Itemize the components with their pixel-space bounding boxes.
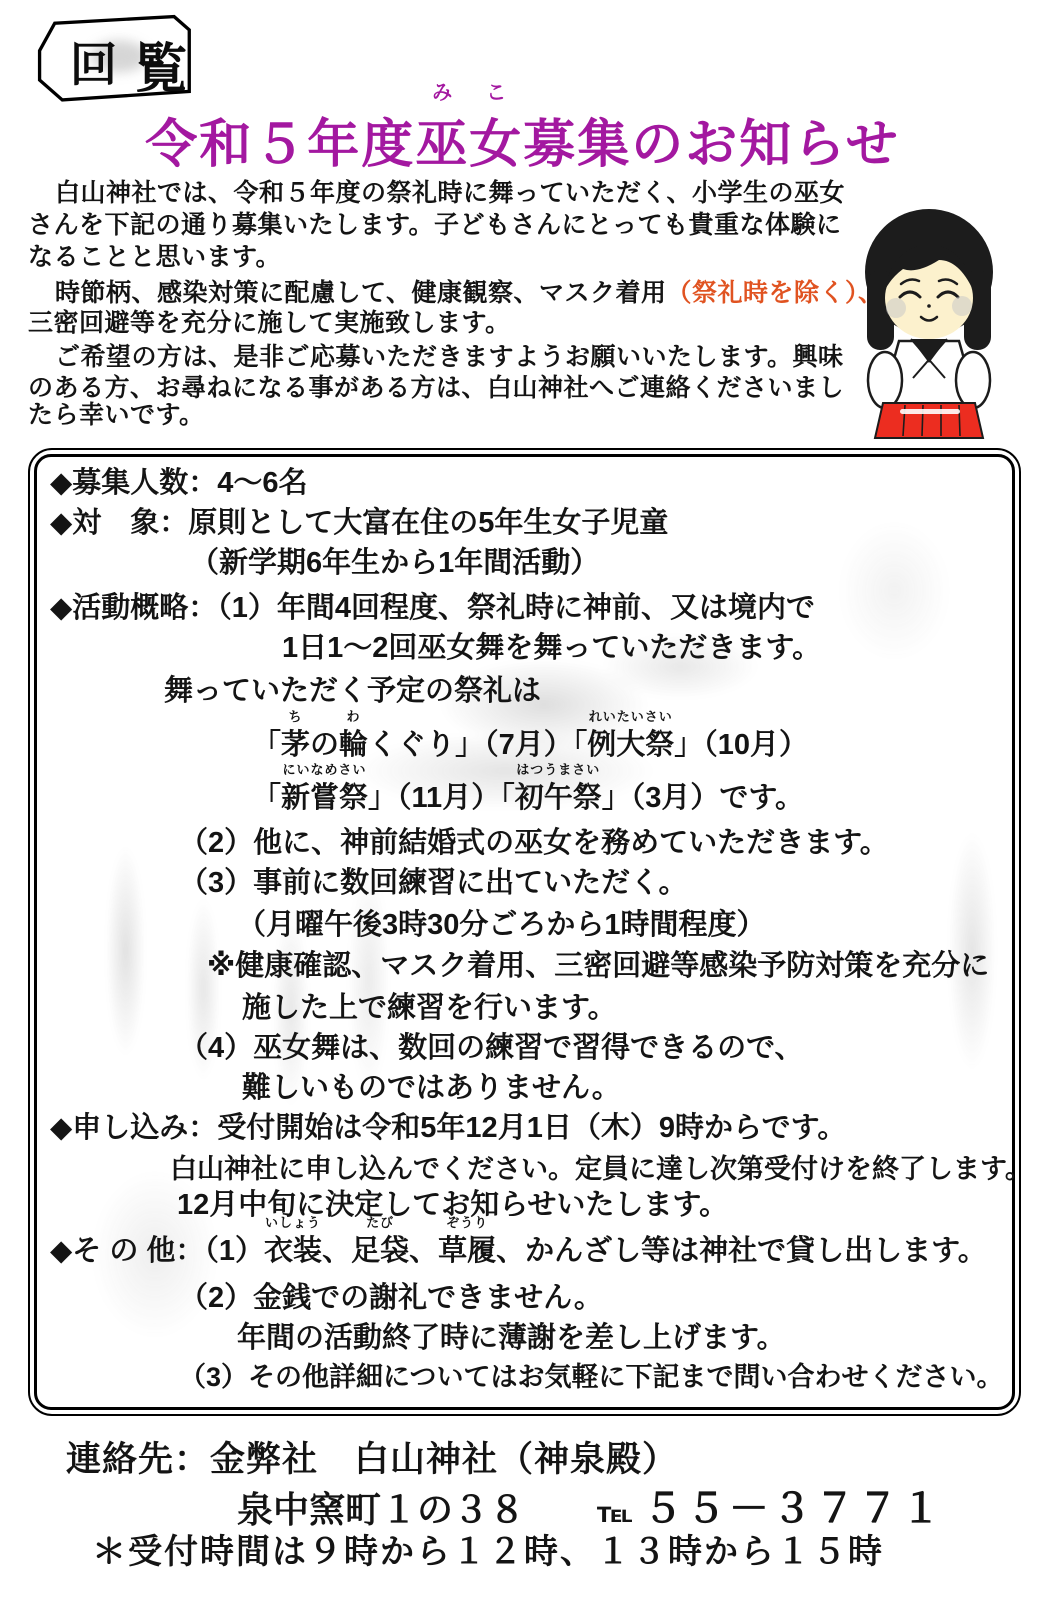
- text-line: （3）事前に数回練習に出ていただく。: [179, 860, 688, 901]
- text-segment: ◆そ の 他：（1）: [50, 1235, 264, 1267]
- text-segment: たら幸いです。: [28, 401, 205, 429]
- title-pre: 令和５年度: [145, 116, 415, 174]
- reception-hours-line: ＊受付時間は９時から１２時、１３時から１５時: [92, 1524, 884, 1573]
- text-line: （3）その他詳細についてはお気軽に下記まで問い合わせください。: [179, 1355, 1003, 1394]
- furigana: こ: [486, 76, 506, 105]
- miko-nose: [927, 304, 931, 308]
- text-line: なることと思います。: [28, 237, 281, 273]
- text-line: ◆そ の 他：（1）いしょう衣装、たび足袋、ぞうり草履、かんざし等は神社で貸し出…: [50, 1228, 987, 1269]
- ruby-annotated-text: わ輪: [339, 722, 368, 763]
- text-segment: 」（10月）: [674, 729, 808, 761]
- text-segment: 、: [409, 1235, 438, 1267]
- text-line: 「ち茅のわ輪くぐり」（7月）「れいたいさい例大祭」（10月）: [252, 722, 808, 763]
- text-segment: 、かんざし等は神社で貸し出します。: [496, 1235, 987, 1267]
- text-segment: （4）巫女舞は、数回の練習で習得できるので、: [179, 1032, 804, 1064]
- text-segment: （3）その他詳細についてはお気軽に下記まで問い合わせください。: [179, 1362, 1003, 1392]
- text-segment: ◆対 象：原則として大富在住の5年生女子児童: [50, 507, 668, 539]
- furigana: み: [432, 76, 452, 105]
- stamp-char-kai: 回: [70, 40, 117, 92]
- miko-blush-right: [952, 296, 972, 316]
- page-title: 令和５年度み巫こ女募集のお知らせ: [0, 102, 1045, 177]
- text-line: （2）金銭での謝礼できません。: [179, 1275, 603, 1316]
- miko-sleeve-right: [956, 352, 990, 408]
- text-line: （4）巫女舞は、数回の練習で習得できるので、: [179, 1025, 804, 1066]
- text-segment: 施した上で練習を行います。: [242, 992, 617, 1024]
- details-box: ◆募集人数：4～6名◆対 象：原則として大富在住の5年生女子児童（新学期6年生か…: [28, 448, 1021, 1416]
- text-line: 白山神社では、令和５年度の祭礼時に舞っていただく、小学生の巫女: [55, 173, 845, 209]
- text-segment: 舞っていただく予定の祭礼は: [164, 675, 541, 707]
- text-line: 舞っていただく予定の祭礼は: [164, 668, 541, 709]
- text-line: ※健康確認、マスク着用、三密回避等感染予防対策を充分に: [207, 943, 989, 984]
- miko-blush-left: [886, 298, 906, 318]
- text-segment: 「: [252, 729, 281, 761]
- text-segment: の: [310, 729, 339, 761]
- furigana: にいなめさい: [283, 759, 367, 778]
- contact-line: 連絡先：金弊社 白山神社（神泉殿）: [66, 1432, 678, 1482]
- stamp-char-ran: 覧: [134, 40, 187, 99]
- furigana: たび: [366, 1212, 394, 1231]
- text-line: ◆申し込み：受付開始は令和5年12月1日（木）9時からです。: [50, 1105, 846, 1146]
- text-segment: （月曜午後3時30分ごろから1時間程度）: [237, 909, 766, 941]
- text-line: （月曜午後3時30分ごろから1時間程度）: [237, 902, 766, 943]
- ruby-annotated-text: にいなめさい新嘗祭: [281, 775, 368, 816]
- text-line: （新学期6年生から1年間活動）: [190, 540, 599, 581]
- text-line: ◆活動概略：（1）年間4回程度、祭礼時に神前、又は境内で: [50, 585, 815, 626]
- text-segment: 、: [322, 1235, 351, 1267]
- ruby-annotated-text: はつうまさい初午祭: [515, 775, 602, 816]
- text-segment: 白山神社では、令和５年度の祭礼時に舞っていただく、小学生の巫女: [55, 179, 845, 207]
- kairan-stamp: 回 覧: [32, 10, 212, 116]
- furigana: ち: [289, 706, 303, 725]
- text-segment: （2）金銭での謝礼できません。: [179, 1282, 603, 1314]
- text-segment: 難しいものではありません。: [242, 1072, 621, 1104]
- text-line: ◆募集人数：4～6名: [50, 460, 308, 501]
- text-segment: ◆申し込み：受付開始は令和5年12月1日（木）9時からです。: [50, 1112, 846, 1144]
- text-line: ◆対 象：原則として大富在住の5年生女子児童: [50, 500, 668, 541]
- furigana: わ: [347, 706, 361, 725]
- text-segment: 年間の活動終了時に薄謝を差し上げます。: [237, 1322, 786, 1354]
- text-line: 三密回避等を充分に施して実施致します。: [28, 303, 511, 339]
- text-line: さんを下記の通り募集いたします。子どもさんにとっても貴重な体験に: [28, 205, 842, 241]
- miko-hakama: [875, 403, 983, 438]
- furigana: ぞうり: [446, 1212, 488, 1231]
- text-segment: さんを下記の通り募集いたします。子どもさんにとっても貴重な体験に: [28, 211, 842, 239]
- ruby-annotated-text: れいたいさい例大祭: [587, 722, 674, 763]
- ruby-annotated-text: こ女: [469, 102, 523, 177]
- text-segment: くぐり」（7月）「: [368, 729, 587, 761]
- ruby-annotated-text: いしょう衣装: [264, 1228, 322, 1269]
- flyer-page: 回 覧 令和５年度み巫こ女募集のお知らせ 白山神社では、令和５年度の祭礼時に舞っ…: [0, 0, 1045, 1601]
- furigana: れいたいさい: [589, 706, 673, 725]
- text-segment: 」（11月）「: [368, 782, 515, 814]
- miko-sleeve-left: [868, 352, 902, 408]
- text-line: 「にいなめさい新嘗祭」（11月）「はつうまさい初午祭」（3月）です。: [252, 775, 804, 816]
- text-segment: （3）事前に数回練習に出ていただく。: [179, 867, 688, 899]
- ruby-annotated-text: たび足袋: [351, 1228, 409, 1269]
- text-segment: 1日1～2回巫女舞を舞っていただきます。: [282, 632, 821, 664]
- text-line: 難しいものではありません。: [242, 1065, 621, 1106]
- text-line: 白山神社に申し込んでください。定員に達し次第受付けを終了します。: [170, 1147, 1032, 1186]
- ruby-annotated-text: み巫: [415, 102, 469, 177]
- text-segment: なることと思います。: [28, 243, 281, 271]
- text-line: 年間の活動終了時に薄謝を差し上げます。: [237, 1315, 786, 1356]
- text-segment: ◆活動概略：（1）年間4回程度、祭礼時に神前、又は境内で: [50, 592, 815, 624]
- text-segment: 三密回避等を充分に施して実施致します。: [28, 309, 511, 337]
- text-line: 1日1～2回巫女舞を舞っていただきます。: [282, 625, 821, 666]
- text-segment: ご希望の方は、是非ご応募いただきますようお願いいたします。興味: [55, 343, 844, 371]
- miko-girl-illustration: [845, 198, 1013, 440]
- text-segment: 「: [252, 782, 281, 814]
- miko-hakama-shine: [900, 409, 960, 414]
- text-segment: （新学期6年生から1年間活動）: [190, 547, 599, 579]
- ruby-annotated-text: ち茅: [281, 722, 310, 763]
- text-segment: 」（3月）です。: [602, 782, 804, 814]
- title-post: 募集のお知らせ: [523, 116, 899, 174]
- text-segment: ◆募集人数：4～6名: [50, 467, 308, 499]
- text-segment: ※健康確認、マスク着用、三密回避等感染予防対策を充分に: [207, 950, 989, 982]
- furigana: はつうまさい: [516, 759, 600, 778]
- text-line: たら幸いです。: [28, 395, 205, 431]
- text-segment: 白山神社に申し込んでください。定員に達し次第受付けを終了します。: [170, 1154, 1032, 1184]
- text-segment: （2）他に、神前結婚式の巫女を務めていただきます。: [179, 827, 889, 859]
- text-line: （2）他に、神前結婚式の巫女を務めていただきます。: [179, 820, 889, 861]
- ruby-annotated-text: ぞうり草履: [438, 1228, 496, 1269]
- text-line: 施した上で練習を行います。: [242, 985, 617, 1026]
- furigana: いしょう: [265, 1212, 321, 1231]
